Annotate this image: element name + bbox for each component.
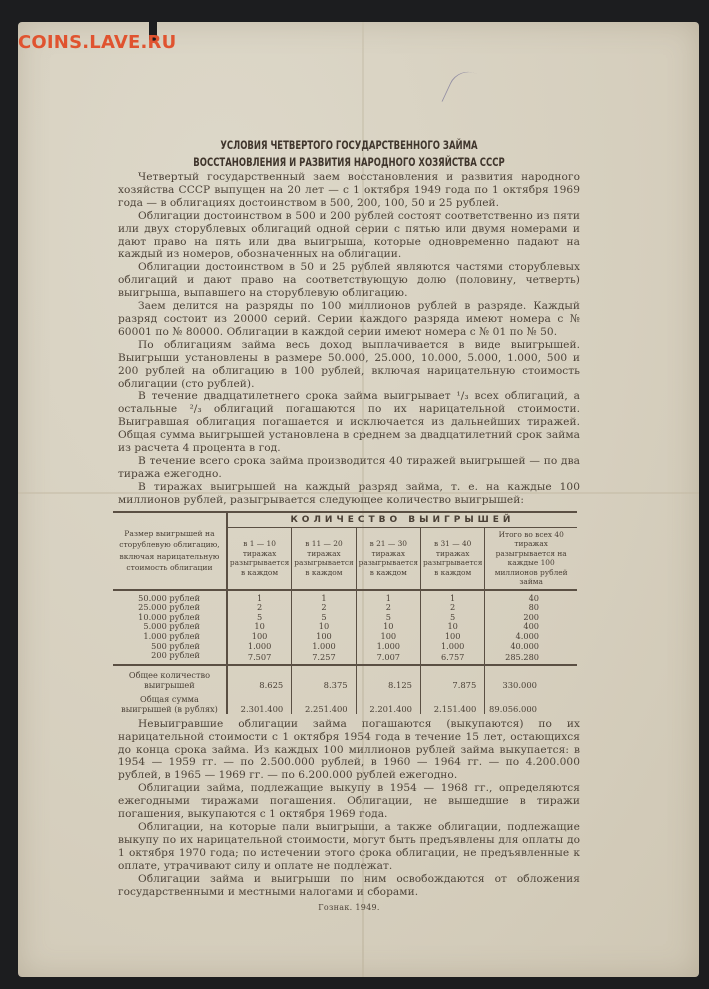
paragraph: В течение двадцатилетнего срока займа вы…: [118, 390, 580, 455]
cell: 8.625: [227, 665, 292, 690]
cell-total: 40: [485, 590, 577, 604]
cell: 2.201.400: [356, 690, 420, 714]
paragraph: Невыигравшие облигации займа погашаются …: [118, 718, 580, 783]
cell: 2.301.400: [227, 690, 292, 714]
cell: 1: [420, 590, 484, 604]
cell: 7.257: [292, 651, 356, 665]
cell: 1.000: [356, 642, 420, 652]
paragraph: По облигациям займа весь доход выплачива…: [118, 339, 580, 391]
cell: 2.251.400: [292, 690, 356, 714]
document-body: УСЛОВИЯ ЧЕТВЕРТОГО ГОСУДАРСТВЕННОГО ЗАЙМ…: [118, 137, 580, 912]
table-row: 50.000 рублей 1 1 1 1 40: [113, 590, 577, 604]
totals-label: Общая сумма выигрышей (в рублях): [113, 690, 227, 714]
cell: 8.125: [356, 665, 420, 690]
paragraph: Заем делится на разряды по 100 миллионов…: [118, 300, 580, 339]
cell: 1: [227, 590, 292, 604]
column-header-total: Итого во всех 40 тиражах разыгрывается н…: [485, 527, 577, 590]
row-label: 200 рублей: [113, 651, 227, 665]
group-header: КОЛИЧЕСТВО ВЫИГРЫШЕЙ: [227, 512, 577, 528]
totals-row-count: Общее количество выигрышей 8.625 8.375 8…: [113, 665, 577, 690]
cell: 8.375: [292, 665, 356, 690]
row-header-label: Размер выигрышей на сторублевую облигаци…: [113, 512, 227, 590]
paragraph: В течение всего срока займа производится…: [118, 455, 580, 481]
column-header: в 31 — 40 тиражах разыгрывается в каждом: [420, 527, 484, 590]
cell: 1.000: [227, 642, 292, 652]
cell-total: 89.056.000: [485, 690, 577, 714]
paragraph: Облигации займа и выигрыши по ним освобо…: [118, 873, 580, 899]
site-watermark: COINS.LAVE.RU: [18, 32, 176, 53]
totals-row-sum: Общая сумма выигрышей (в рублях) 2.301.4…: [113, 690, 577, 714]
cell: 7.007: [356, 651, 420, 665]
column-header: в 21 — 30 тиражах разыгрывается в каждом: [356, 527, 420, 590]
cell: 2.151.400: [420, 690, 484, 714]
printer-imprint: Гознак. 1949.: [118, 903, 580, 912]
cell: 7.875: [420, 665, 484, 690]
paragraph: Облигации, на которые пали выигрыши, а т…: [118, 821, 580, 873]
column-header: в 1 — 10 тиражах разыгрывается в каждом: [227, 527, 292, 590]
totals-label: Общее количество выигрышей: [113, 665, 227, 690]
paragraph: Облигации займа, подлежащие выкупу в 195…: [118, 782, 580, 821]
cell-total: 40.000: [485, 642, 577, 652]
cell-total: 330.000: [485, 665, 577, 690]
cell-total: 285.280: [485, 651, 577, 665]
cell: 1.000: [292, 642, 356, 652]
paragraph: Четвертый государственный заем восстанов…: [118, 171, 580, 210]
column-header: в 11 — 20 тиражах разыгрывается в каждом: [292, 527, 356, 590]
row-label: 50.000 рублей: [113, 590, 227, 604]
paragraph: В тиражах выигрышей на каждый разряд зай…: [118, 481, 580, 507]
cell: 6.757: [420, 651, 484, 665]
cell: 1: [356, 590, 420, 604]
prize-table: Размер выигрышей на сторублевую облигаци…: [113, 511, 577, 714]
cell: 7.507: [227, 651, 292, 665]
cell: 1.000: [420, 642, 484, 652]
document-title-line-2: ВОССТАНОВЛЕНИЯ И РАЗВИТИЯ НАРОДНОГО ХОЗЯ…: [160, 154, 539, 170]
pen-mark: [441, 65, 495, 119]
paragraph: Облигации достоинством в 500 и 200 рубле…: [118, 210, 580, 262]
document-title-line-1: УСЛОВИЯ ЧЕТВЕРТОГО ГОСУДАРСТВЕННОГО ЗАЙМ…: [160, 137, 539, 153]
table-row: 200 рублей 7.507 7.257 7.007 6.757 285.2…: [113, 651, 577, 665]
cell: 1: [292, 590, 356, 604]
paragraph: Облигации достоинством в 50 и 25 рублей …: [118, 261, 580, 300]
